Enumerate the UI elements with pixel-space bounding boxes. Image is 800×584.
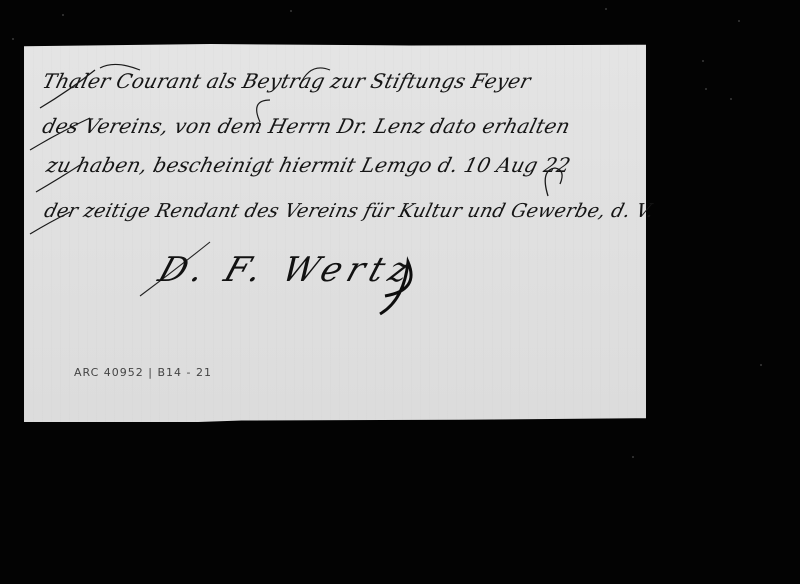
scan-dust [705, 88, 707, 90]
handwritten-line-3: zu haben, bescheinigt hiermit Lemgo d. 1… [44, 153, 573, 177]
archive-reference-label: ARC 40952 | B14 - 21 [74, 366, 212, 379]
scan-dust [760, 364, 762, 366]
scan-dust [290, 10, 292, 12]
scan-dust [605, 8, 607, 10]
scan-dust [12, 38, 14, 40]
scan-dust [62, 14, 64, 16]
handwritten-line-1: Thaler Courant als Beytrag zur Stiftungs… [40, 69, 533, 93]
handwritten-line-2: des Vereins, von dem Herrn Dr. Lenz dato… [40, 114, 573, 138]
scan-viewport: Thaler Courant als Beytrag zur Stiftungs… [0, 0, 800, 584]
handwritten-line-4: der zeitige Rendant des Vereins für Kult… [42, 200, 656, 222]
scan-dust [632, 456, 634, 458]
scan-dust [738, 20, 740, 22]
scan-dust [702, 60, 704, 62]
scan-dust [730, 98, 732, 100]
signature: D. F. Wertz [154, 250, 421, 290]
